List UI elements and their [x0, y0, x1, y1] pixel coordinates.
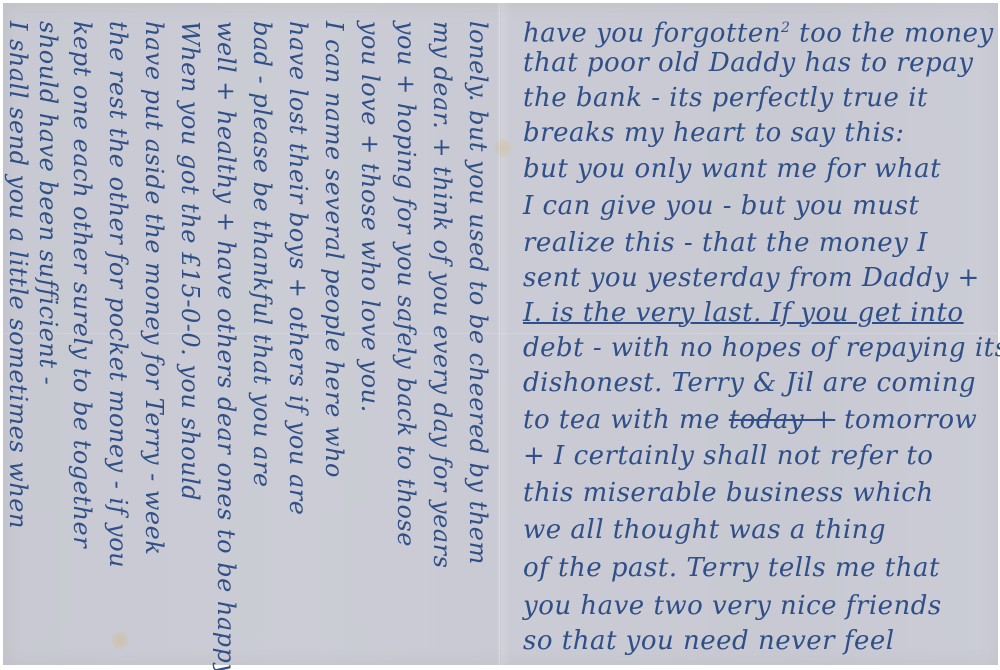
right-line-17: you have two very nice friends [523, 586, 942, 626]
left-line-14: I shall send you a little sometimes when [1, 21, 35, 661]
right-line-2: that poor old Daddy has to repay [523, 43, 973, 83]
right-line-14: this miserable business which [523, 473, 934, 513]
right-line-1: have you forgotten2 too the money [523, 8, 994, 48]
right-line-10: debt - with no hopes of repaying its [523, 328, 1000, 368]
left-line-9: When you got the £15-0-0. you should [173, 21, 207, 661]
right-line-13: + I certainly shall not refer to [523, 436, 933, 476]
line-text: to tea with me [523, 405, 720, 435]
right-line-8: sent you yesterday from Daddy + [523, 258, 980, 298]
right-line-11: dishonest. Terry & Jil are coming [523, 363, 976, 403]
vertical-fold [499, 3, 501, 665]
left-line-12: kept one each other surely to be togethe… [65, 21, 99, 661]
right-line-6: I can give you - but you must [523, 186, 919, 226]
left-line-3: you + hoping for you safely back to thos… [389, 21, 423, 661]
line-text-continued: tomorrow [844, 405, 977, 435]
left-line-8: well + healthy + have others dear ones t… [209, 21, 243, 661]
right-line-4: breaks my heart to say this: [523, 113, 904, 153]
left-line-13: should have been sufficient - [31, 21, 65, 661]
left-line-11: the rest the other for pocket money - if… [101, 21, 135, 661]
right-page: have you forgotten2 too the money that p… [503, 3, 998, 665]
right-line-5: but you only want me for what [523, 149, 941, 189]
left-line-7: bad - please be thankful that you are [245, 21, 279, 661]
right-line-15: we all thought was a thing [523, 510, 886, 550]
struck-out-text: today + [729, 405, 835, 435]
left-line-10: have put aside the money for Terry - wee… [137, 21, 171, 661]
left-page: lonely. but you used to be cheered by th… [3, 3, 499, 665]
left-line-2: my dear. + think of you every day for ye… [425, 21, 459, 661]
page-number-marker: 2 [781, 20, 790, 36]
right-line-18: so that you need never feel [523, 621, 895, 661]
left-line-4: you love + those who love you. [353, 21, 387, 661]
right-line-16: of the past. Terry tells me that [523, 548, 940, 588]
right-line-3: the bank - its perfectly true it [523, 78, 928, 118]
right-line-9: I. is the very last. If you get into [523, 293, 964, 333]
left-line-1: lonely. but you used to be cheered by th… [461, 21, 495, 661]
left-line-5: I can name several people here who [317, 21, 351, 661]
left-line-6: have lost their boys + others if you are [281, 21, 315, 661]
letter-sheet: lonely. but you used to be cheered by th… [3, 3, 998, 665]
right-line-7: realize this - that the money I [523, 223, 928, 263]
right-line-12: to tea with me today + tomorrow [523, 400, 977, 440]
